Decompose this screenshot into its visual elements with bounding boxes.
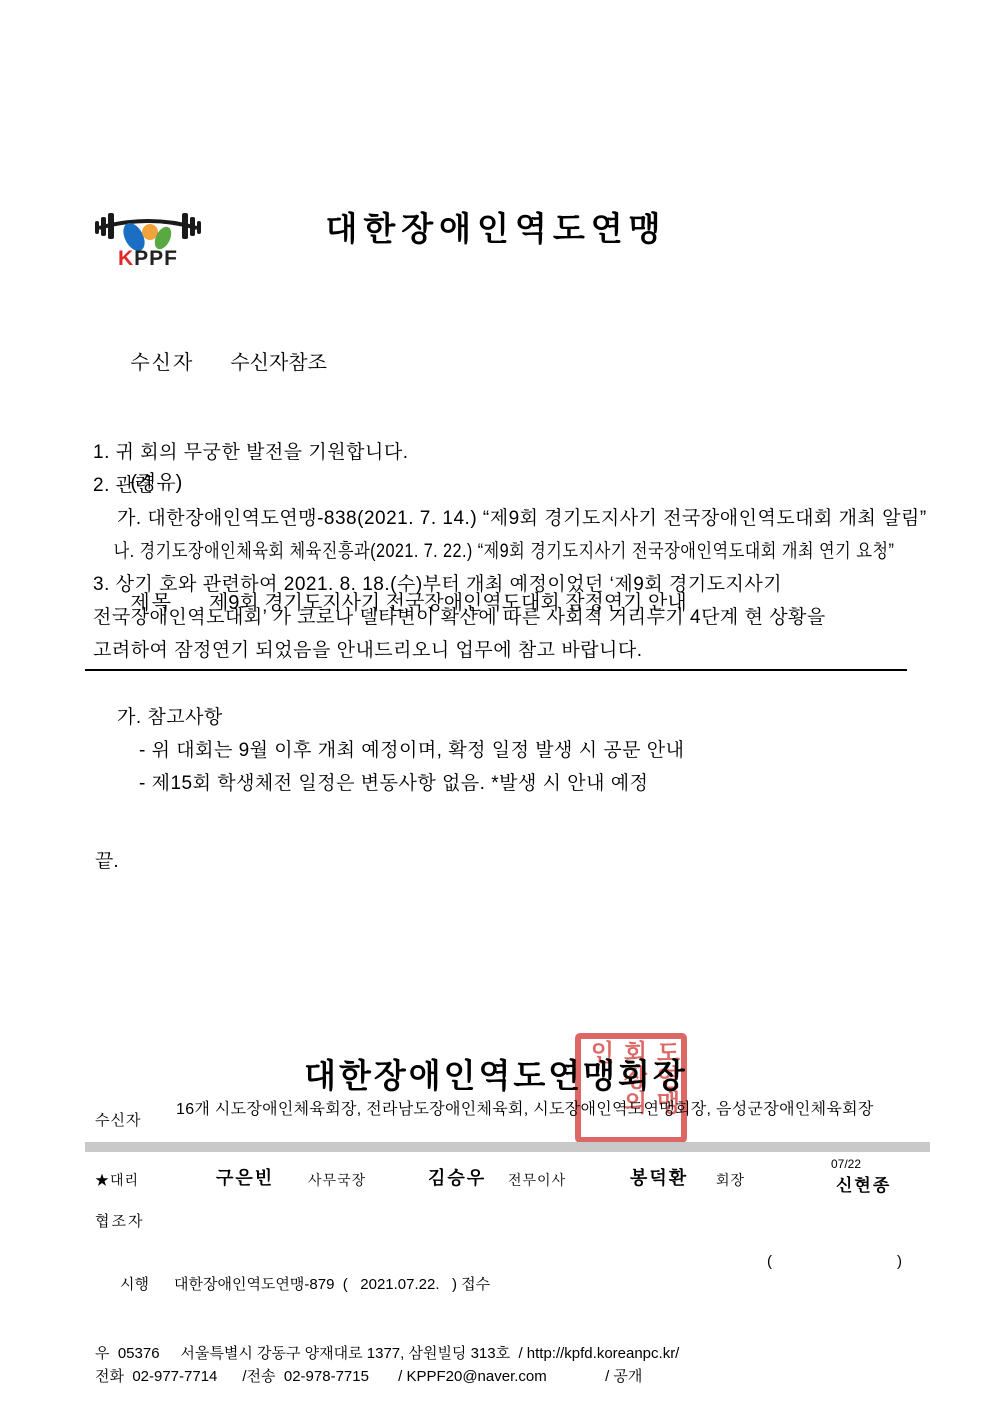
seal-text: 대한장애인역도연맹회장의인 <box>583 1040 687 1138</box>
body-line: 2. 관련 <box>93 469 923 502</box>
receipt-blank-field: ( ) <box>767 1250 902 1273</box>
paren-close: ) <box>897 1250 902 1273</box>
sig-date-chairman: 07/22 <box>831 1157 861 1171</box>
sig-name-chairman: 신현종 <box>836 1171 891 1196</box>
document-info-block: 시행 대한장애인역도연맹-879 ( 2021.07.22. ) 접수 ( ) … <box>95 1250 925 1388</box>
divider-bar <box>85 1142 930 1152</box>
recipient-value: 수신자참조 <box>230 352 327 374</box>
closing-mark: 끝. <box>95 846 119 873</box>
recipient-label: 수신자 <box>130 343 194 383</box>
body-line: 가. 참고사항 <box>93 701 923 734</box>
sig-role-chairman: 회장 <box>716 1170 745 1190</box>
body-line: 전국장애인역도대회’ 가 코로나 델타변이 확산에 따른 사회적 거리두기 4단… <box>93 601 923 634</box>
sig-role-acting: ★대리 <box>95 1170 139 1190</box>
footer-recipients-label: 수신자 <box>95 1109 141 1130</box>
dispatch-info: 시행 대한장애인역도연맹-879 ( 2021.07.22. ) 접수 <box>120 1276 490 1293</box>
logo-text: KPPF <box>118 247 178 270</box>
recipient-row: 수신자수신자참조 <box>85 303 907 423</box>
sig-name-secretary-general: 김승우 <box>428 1164 486 1190</box>
cooperator-label: 협조자 <box>95 1210 144 1231</box>
sig-role-secretary-general: 사무국장 <box>308 1170 366 1190</box>
body-line: - 위 대회는 9월 이후 개최 예정이며, 확정 일정 발생 시 공문 안내 <box>93 734 923 767</box>
body-line: 나. 경기도장애인체육회 체육진흥과(2021. 7. 22.) “제9회 경기… <box>93 535 944 568</box>
phone-row: 전화 02-977-7714 /전송 02-978-7715 / KPPF20@… <box>95 1365 925 1388</box>
chairman-sign-title: 대한장애인역도연맹회장 <box>0 1050 992 1097</box>
organization-title: 대한장애인역도연맹 <box>0 203 992 250</box>
document-body: 1. 귀 회의 무궁한 발전을 기원합니다. 2. 관련 가. 대한장애인역도연… <box>93 436 923 800</box>
body-line: - 제15회 학생체전 일정은 변동사항 없음. *발생 시 안내 예정 <box>93 767 923 800</box>
sig-role-executive-director: 전무이사 <box>508 1170 566 1190</box>
address-row: 우 05376 서울특별시 강동구 양재대로 1377, 삼원빌딩 313호 /… <box>95 1342 925 1365</box>
body-line: 1. 귀 회의 무궁한 발전을 기원합니다. <box>93 436 923 469</box>
official-seal-stamp: 대한장애인역도연맹회장의인 <box>575 1033 687 1143</box>
sig-name-executive-director: 봉덕환 <box>630 1164 688 1190</box>
official-document-page: KPPF 대한장애인역도연맹 수신자수신자참조 (경유) 제목제9회 경기도지사… <box>0 0 992 1403</box>
sig-name-acting: 구은빈 <box>216 1164 274 1190</box>
paren-open: ( <box>767 1250 772 1273</box>
dispatch-row: 시행 대한장애인역도연맹-879 ( 2021.07.22. ) 접수 ( ) <box>95 1250 925 1342</box>
body-line: 가. 대한장애인역도연맹-838(2021. 7. 14.) “제9회 경기도지… <box>93 502 923 535</box>
body-line: 3. 상기 호와 관련하여 2021. 8. 18.(수)부터 개최 예정이었던… <box>93 568 923 601</box>
body-line: 고려하여 잠정연기 되었음을 안내드리오니 업무에 참고 바랍니다. <box>93 634 923 667</box>
footer-recipients-value: 16개 시도장애인체육회장, 전라남도장애인체육회, 시도장애인역도연맹회장, … <box>176 1097 928 1123</box>
